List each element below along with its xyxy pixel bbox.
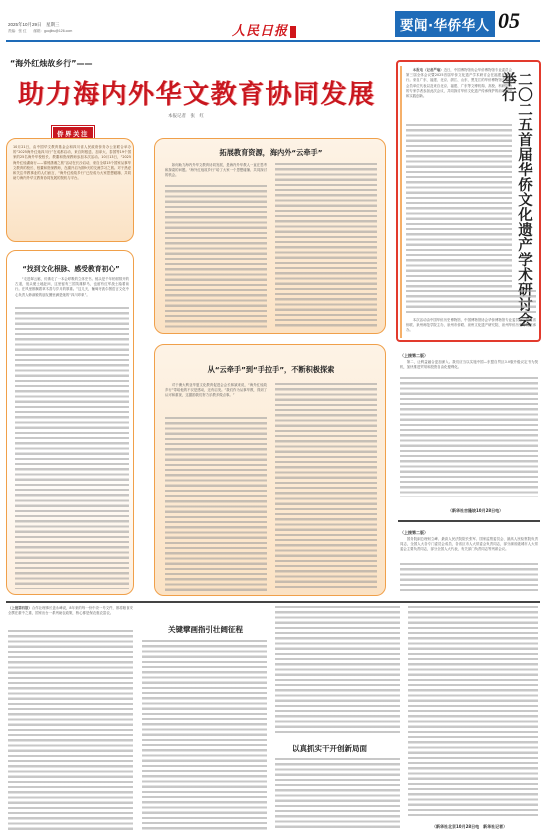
section-1-body-text bbox=[15, 307, 129, 589]
continuation-1-paragraph: 第二，让利益融合更加深入。我们应当以实施中国—东盟自贸区3.0版升级议定书为契机… bbox=[400, 360, 538, 370]
bottom-col-2-text bbox=[142, 640, 267, 830]
bottom-col-1-text bbox=[8, 630, 133, 830]
bottom-col-3-text-top bbox=[275, 606, 400, 736]
section-title-2: 拓展教育资源，海内外“云牵手” bbox=[155, 148, 386, 158]
intro-text: 10月21日，由中国华文教育基金会和四川省人民政府侨务办公室联合举办的“2025… bbox=[13, 145, 131, 181]
sidebar-body-text bbox=[406, 124, 512, 289]
bottom-col-3-text-bottom bbox=[275, 758, 400, 830]
continuation-2-lead: 国务院副总理何立峰、最高人民法院院长张军、国家监察委员会、最高人民检察院负责同志… bbox=[400, 537, 538, 553]
section-box-2: 拓展教育资源，海内外“云牵手” 如何助力海内外华文教育协同发展，是海内外华教人一… bbox=[154, 138, 386, 334]
logo-text: 人民日报 bbox=[232, 24, 288, 39]
newspaper-logo: 人民日报 bbox=[232, 20, 296, 39]
continuation-divider bbox=[398, 520, 540, 522]
overseas-edition-badge-icon bbox=[290, 26, 296, 38]
bottom-continuation-label: （上接第四版） bbox=[8, 606, 32, 610]
section-3-body-col-1 bbox=[165, 417, 267, 591]
continuation-1-body-text bbox=[400, 377, 538, 497]
bottom-story-lead: （上接第四版）合作社理事长盖永峰说，8年来的每一份中央一号文件，都将粮食安全摆在… bbox=[8, 606, 133, 616]
section-box-3: 从“云牵手”到“手拉手”，不断积极探索 对于澳大利亚华夏文化教育促进会会长林斌来… bbox=[154, 344, 386, 596]
story-headline: 助力海内外华文教育协同发展 bbox=[18, 74, 376, 111]
sidebar-lead-text: 近日，中国博物馆协会华侨博物馆专业委员会第三届全体会议暨2025首届华侨文化遗产… bbox=[406, 68, 512, 98]
section-2-lead: 如何助力海内外华文教育协同发展，是海内外华教人一直在思考和探索的问题。“海外红烛… bbox=[165, 163, 267, 179]
masthead: 2025年10月29日 星期三 责编：张 红 邮箱：guojibu@126.co… bbox=[0, 0, 542, 42]
bottom-col-4-text bbox=[408, 606, 538, 818]
continuation-2-paragraph: 国务院副总理何立峰、最高人民法院院长张军、国家监察委员会、最高人民检察院负责同志… bbox=[400, 537, 538, 553]
intro-box: 10月21日，由中国华文教育基金会和四川省人民政府侨务办公室联合举办的“2025… bbox=[6, 138, 134, 242]
bottom-story-credit: （新华社北京10月28日电 新华社记者） bbox=[432, 824, 507, 830]
sidebar-closing-paragraph: 本次活动由中国华侨历史博物馆、中国博物馆协会华侨博物馆专业委员会、福建省侨联、泉… bbox=[406, 318, 536, 334]
sidebar-story-box: 二〇二五首届华侨文化遗产学术研讨会举行 本报电（记者严瑜）近日，中国博物馆协会华… bbox=[396, 60, 541, 342]
section-1-lead: “走进翠云廊，仿佛走了一本会呼吸的立体史书。郁头是千年柏树排开的古道，低头便土地… bbox=[15, 277, 129, 298]
story-byline: 本报记者 张 红 bbox=[168, 113, 204, 119]
sidebar-lead-source: （记者严瑜） bbox=[423, 68, 444, 72]
bottom-subhead-1: 关键擘画指引壮阔征程 bbox=[168, 624, 243, 635]
story-kicker: “海外红烛故乡行”—— bbox=[10, 58, 93, 69]
section-2-paragraph: 如何助力海内外华文教育协同发展，是海内外华教人一直在思考和探索的问题。“海外红烛… bbox=[165, 163, 267, 179]
continuation-1-lead: 第二，让利益融合更加深入。我们应当以实施中国—东盟自贸区3.0版升级议定书为契机… bbox=[400, 360, 538, 370]
sidebar-accent-bar bbox=[400, 66, 402, 338]
masthead-rule bbox=[6, 40, 540, 42]
section-box-1: “找到文化根脉、感受教育初心” “走进翠云廊，仿佛走了一本会呼吸的立体史书。郁头… bbox=[6, 250, 134, 595]
continuation-2-body-text bbox=[400, 563, 538, 593]
section-2-body-col-1 bbox=[165, 185, 267, 329]
section-2-body-col-2 bbox=[275, 163, 377, 329]
section-title-1: “找到文化根脉、感受教育初心” bbox=[7, 263, 134, 273]
section-title-3: 从“云牵手”到“手拉手”，不断积极探索 bbox=[155, 365, 386, 375]
continuation-2-label: （上接第二版） bbox=[400, 530, 428, 536]
issue-date: 2025年10月29日 星期三 bbox=[8, 22, 60, 28]
sidebar-lead: 本报电（记者严瑜）近日，中国博物馆协会华侨博物馆专业委员会第三届全体会议暨202… bbox=[406, 68, 512, 99]
section-1-paragraph: “走进翠云廊，仿佛走了一本会呼吸的立体史书。郁头是千年柏树排开的古道，低头便土地… bbox=[15, 277, 129, 298]
continuation-1-credit: （新华社吉隆坡10月28日电） bbox=[448, 508, 503, 514]
sidebar-closing: 本次活动由中国华侨历史博物馆、中国博物馆协会华侨博物馆专业委员会、福建省侨联、泉… bbox=[406, 318, 536, 334]
sidebar-lead-label: 本报电 bbox=[413, 68, 423, 72]
section-3-paragraph: 对于澳大利亚华夏文化教育促进会会长林斌来说，“海外红烛故乡行”带给他的不仅是感动… bbox=[165, 383, 267, 399]
page-number: 05 bbox=[498, 8, 520, 34]
editor-info: 责编：张 红 邮箱：guojibu@126.com bbox=[8, 29, 72, 34]
bottom-subhead-2: 以真抓实干开创新局面 bbox=[292, 743, 367, 754]
section-3-body-col-2 bbox=[275, 383, 377, 591]
section-label: 要闻·华侨华人 bbox=[395, 11, 495, 37]
sidebar-body-wide-text bbox=[406, 290, 536, 316]
bottom-section-divider bbox=[6, 601, 540, 603]
section-3-lead: 对于澳大利亚华夏文化教育促进会会长林斌来说，“海外红烛故乡行”带给他的不仅是感动… bbox=[165, 383, 267, 399]
continuation-1-label: （上接第二版） bbox=[400, 353, 428, 359]
